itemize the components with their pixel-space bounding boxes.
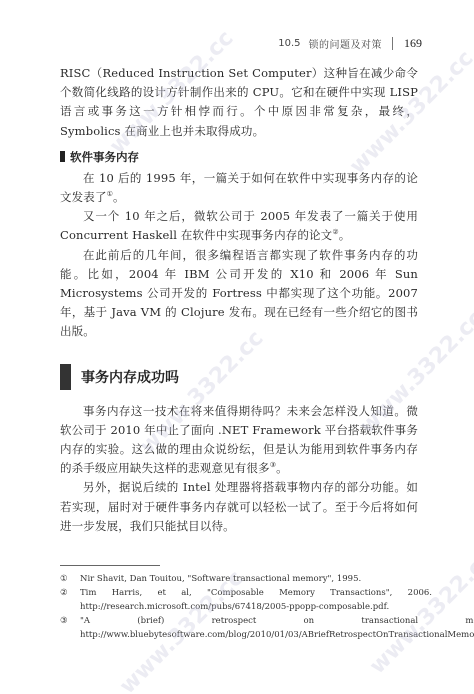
paragraph-risc: RISC（Reduced Instruction Set Computer）这种… [60, 64, 418, 141]
paragraph-future: 事务内存这一技术在将来值得期待吗？未来会怎样没人知道。微软公司于 2010 年中… [60, 402, 418, 479]
section-heading-tm-success: 事务内存成功吗 [60, 364, 418, 390]
footnote-item: ① Nir Shavit, Dan Touitou, "Software tra… [60, 572, 432, 586]
paragraph-2005: 又一个 10 年之后，微软公司于 2005 年发表了一篇关于使用 Concurr… [60, 207, 418, 245]
footnote-item: ② Tim Harris, et al, "Composable Memory … [60, 586, 432, 614]
subheading-text: 软件事务内存 [70, 149, 139, 165]
subheading-software-tm: 软件事务内存 [60, 147, 418, 167]
page-body: RISC（Reduced Instruction Set Computer）这种… [60, 64, 418, 536]
footnote-item: ③ "A (brief) retrospect on transactional… [60, 614, 432, 642]
paragraph-1995: 在 10 后的 1995 年，一篇关于如何在软件中实现事务内存的论文发表了①。 [60, 169, 418, 207]
section-number: 10.5 [278, 38, 300, 49]
footnote-divider [60, 565, 160, 566]
paragraph-intel: 另外，据说后续的 Intel 处理器将搭载事物内存的部分功能。如若实现，届时对于… [60, 478, 418, 536]
page-number: 169 [404, 36, 422, 51]
header-divider [392, 37, 393, 50]
section-title: 锁的问题及对策 [309, 36, 383, 51]
paragraph-languages: 在此前后的几年间，很多编程语言都实现了软件事务内存的功能。比如，2004 年 I… [60, 246, 418, 342]
footnotes: ① Nir Shavit, Dan Touitou, "Software tra… [60, 572, 432, 642]
running-header: 10.5 锁的问题及对策 169 [278, 36, 422, 51]
subheading-marker [60, 151, 65, 162]
section-heading-text: 事务内存成功吗 [81, 367, 179, 387]
section-heading-marker [60, 364, 71, 390]
